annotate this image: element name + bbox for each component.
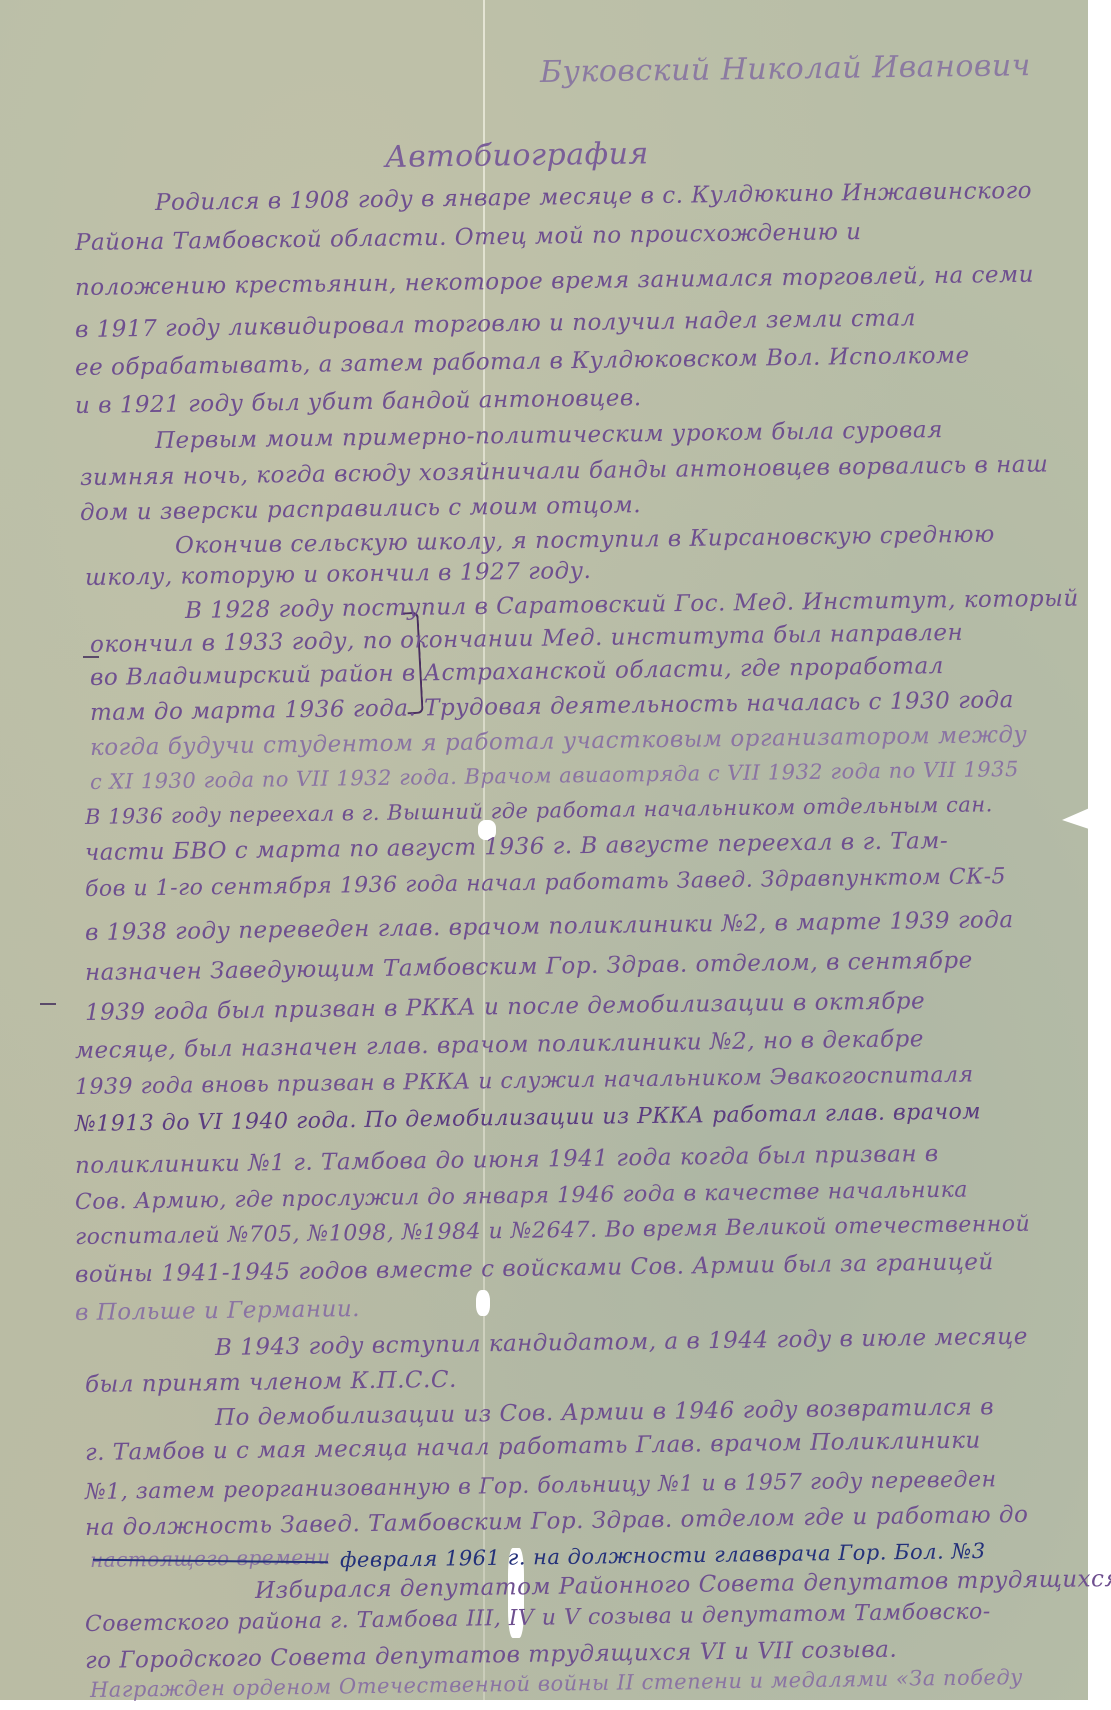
paper-hole — [476, 1290, 490, 1316]
margin-dash-mark — [40, 1003, 56, 1005]
text-line: в Польше и Германии. — [75, 1296, 360, 1326]
document-title: Автобиография — [385, 136, 649, 175]
author-name: Буковский Николай Иванович — [540, 48, 1031, 90]
text-line: был принят членом К.П.С.С. — [85, 1367, 457, 1398]
bottom-white-margin — [0, 1700, 1111, 1710]
